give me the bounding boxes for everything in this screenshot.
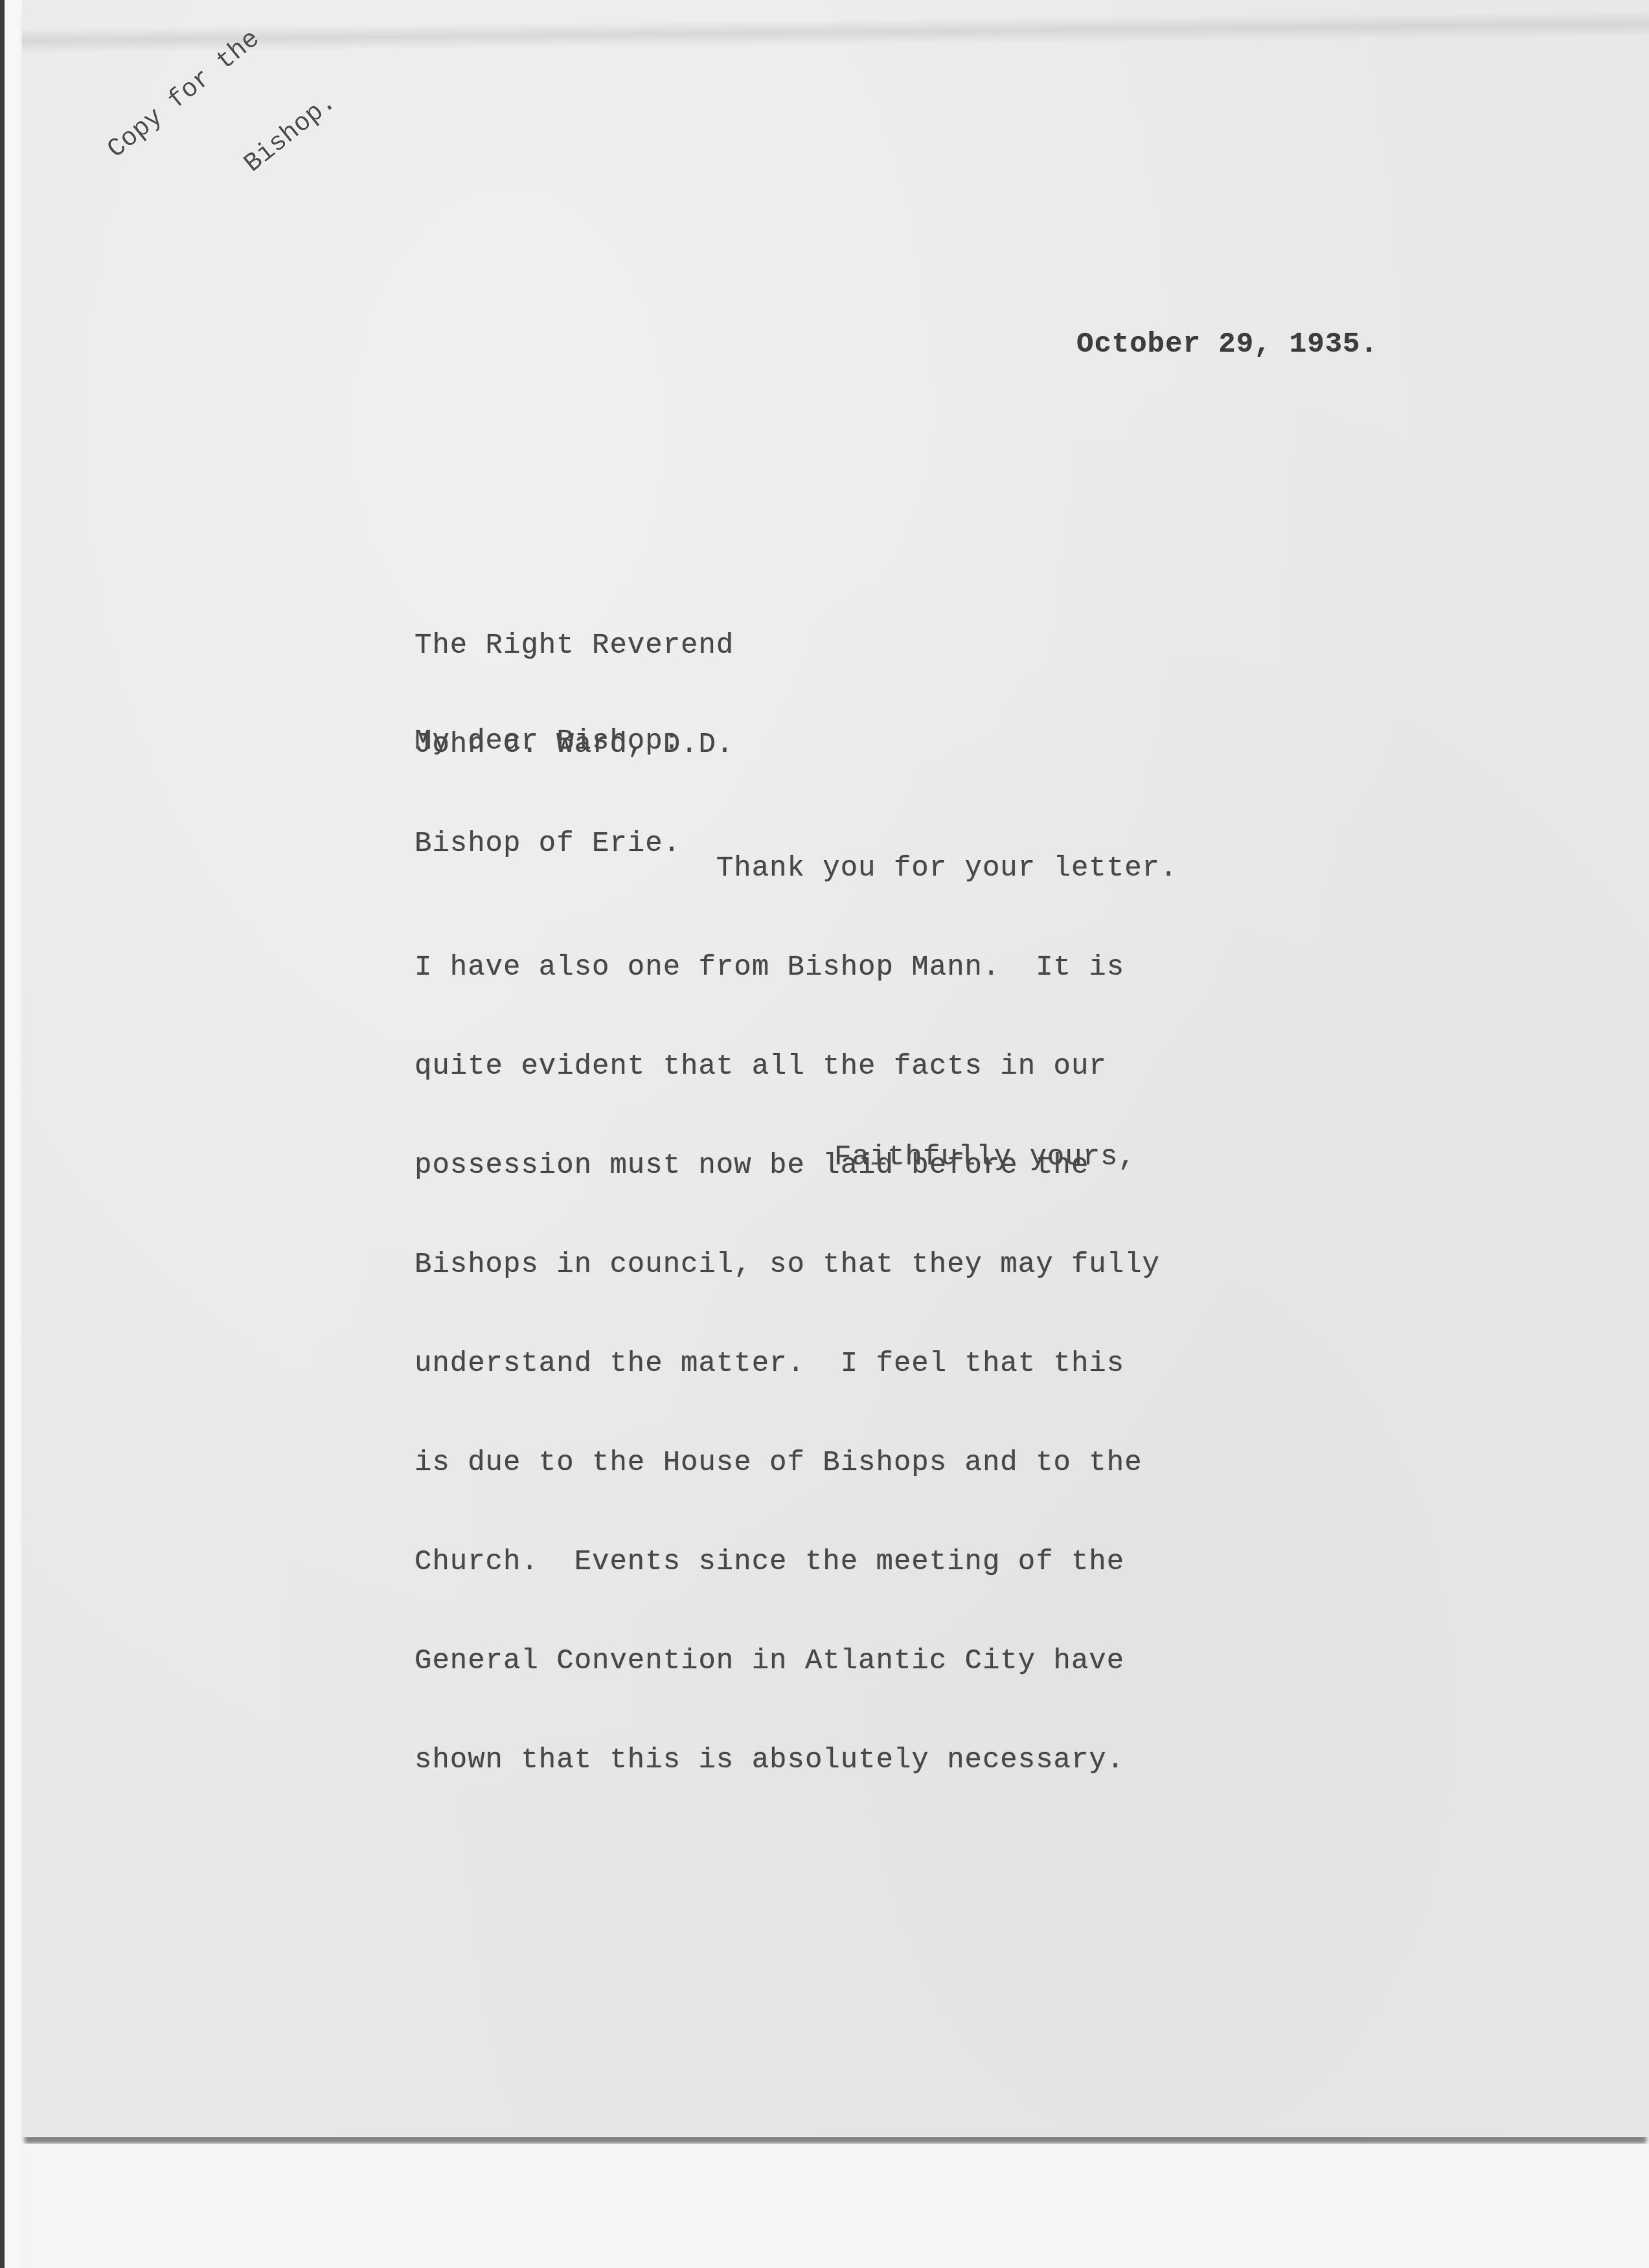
body-line: understand the matter. I feel that this (415, 1348, 1177, 1381)
scanner-bed-edge (0, 0, 5, 2268)
body-line: shown that this is absolutely necessary. (415, 1744, 1177, 1777)
body-line: I have also one from Bishop Mann. It is (415, 951, 1177, 984)
copy-annotation: Copy for the Bishop. (61, 0, 384, 292)
body-line: General Convention in Atlantic City have (415, 1645, 1177, 1678)
letter-body: Thank you for your letter. I have also o… (415, 786, 1177, 1810)
body-line: Thank you for your letter. (415, 852, 1177, 885)
scanner-margin (5, 0, 24, 2268)
recipient-line: The Right Reverend (415, 629, 734, 663)
salutation: My dear Bishop: (415, 725, 681, 758)
scanner-background (22, 2144, 1649, 2268)
body-line: quite evident that all the facts in our (415, 1050, 1177, 1083)
body-line: Church. Events since the meeting of the (415, 1546, 1177, 1579)
letter-date: October 29, 1935. (1076, 328, 1378, 361)
body-line: is due to the House of Bishops and to th… (415, 1447, 1177, 1480)
body-line: Bishops in council, so that they may ful… (415, 1249, 1177, 1282)
closing: Faithfully yours, (834, 1141, 1136, 1174)
